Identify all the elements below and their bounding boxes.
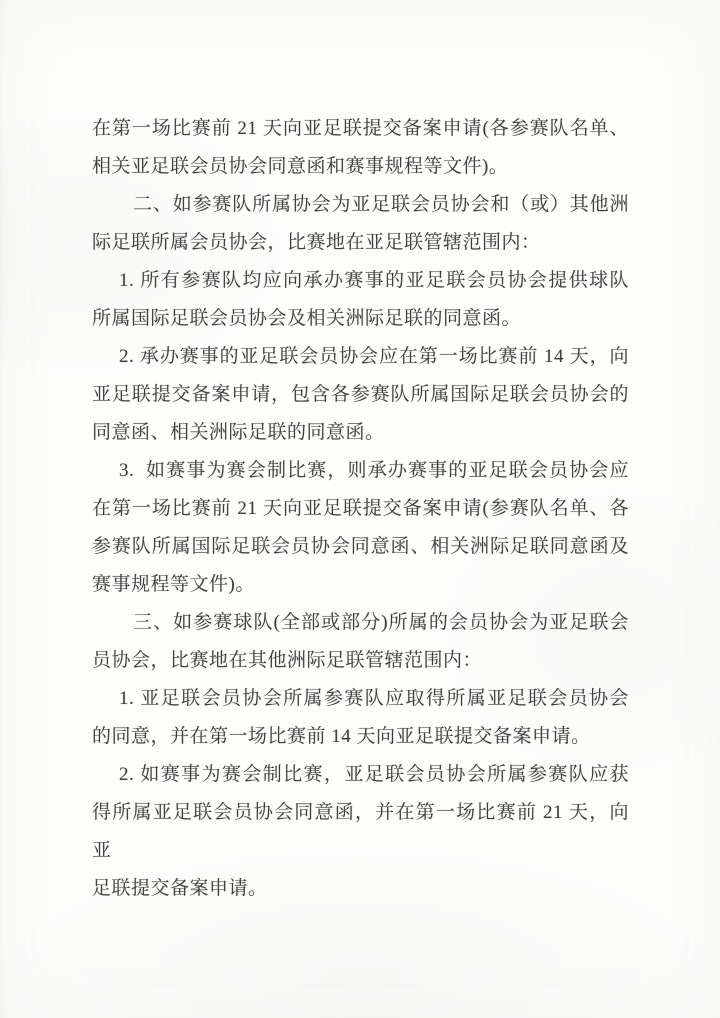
document-line: 在第一场比赛前 21 天向亚足联提交备案申请(各参赛队名单、 [92,110,629,148]
document-line-item-3: 3. 如赛事为赛会制比赛，则承办赛事的亚足联会员协会应 [92,452,629,490]
document-line: 在第一场比赛前 21 天向亚足联提交备案申请(参赛队名单、各 [92,490,629,528]
document-line-item-2: 2. 承办赛事的亚足联会员协会应在第一场比赛前 14 天，向 [92,338,629,376]
document-line: 足联提交备案申请。 [92,870,629,908]
document-line: 所属国际足联会员协会及相关洲际足联的同意函。 [92,300,629,338]
scanned-document-page: 在第一场比赛前 21 天向亚足联提交备案申请(各参赛队名单、 相关亚足联会员协会… [0,0,720,1018]
document-text-block: 在第一场比赛前 21 天向亚足联提交备案申请(各参赛队名单、 相关亚足联会员协会… [92,110,629,908]
document-line-item-2: 2. 如赛事为赛会制比赛，亚足联会员协会所属参赛队应获 [92,756,629,794]
document-line: 的同意，并在第一场比赛前 14 天向亚足联提交备案申请。 [92,718,629,756]
document-line-item-1: 1. 所有参赛队均应向承办赛事的亚足联会员协会提供球队 [92,262,629,300]
document-line: 员协会，比赛地在其他洲际足联管辖范围内： [92,642,629,680]
document-line: 同意函、相关洲际足联的同意函。 [92,414,629,452]
document-line: 得所属亚足联会员协会同意函，并在第一场比赛前 21 天，向亚 [92,794,629,870]
document-line: 亚足联提交备案申请，包含各参赛队所属国际足联会员协会的 [92,376,629,414]
document-line: 相关亚足联会员协会同意函和赛事规程等文件)。 [92,148,629,186]
document-line-section-3: 三、如参赛球队(全部或部分)所属的会员协会为亚足联会 [92,604,629,642]
document-line-item-1: 1. 亚足联会员协会所属参赛队应取得所属亚足联会员协会 [92,680,629,718]
document-line-section-2: 二、如参赛队所属协会为亚足联会员协会和（或）其他洲 [92,186,629,224]
document-line: 际足联所属会员协会，比赛地在亚足联管辖范围内： [92,224,629,262]
document-line: 参赛队所属国际足联会员协会同意函、相关洲际足联同意函及 [92,528,629,566]
document-line: 赛事规程等文件)。 [92,566,629,604]
